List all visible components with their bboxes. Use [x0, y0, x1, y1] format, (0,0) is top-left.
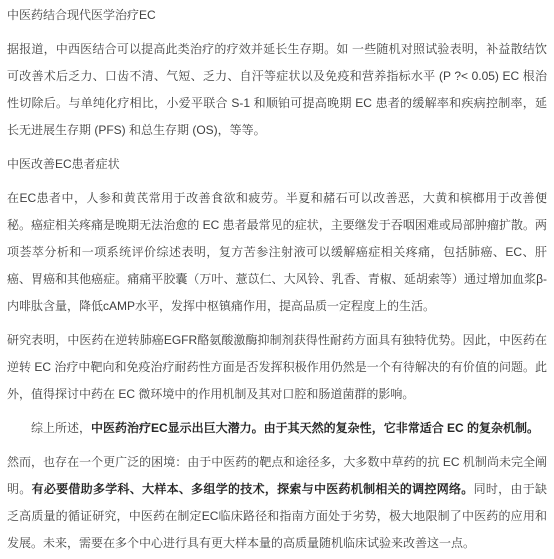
paragraph: 综上所述，中医药治疗EC显示出巨大潜力。由于其天然的复杂性，它非常适合 EC 的… — [7, 415, 547, 442]
section-heading: 中医药结合现代医学治疗EC — [7, 2, 547, 29]
emphasized-text: 中医药治疗EC显示出巨大潜力。由于其天然的复杂性，它非常适合 EC 的复杂机制。 — [91, 421, 539, 435]
emphasized-text: 有必要借助多学科、大样本、多组学的技术，探索与中医药机制相关的调控网络。 — [32, 482, 474, 496]
paragraph: 研究表明，中医药在逆转肺癌EGFR酪氨酸激酶抑制剂获得性耐药方面具有独特优势。因… — [7, 327, 547, 408]
document-body: 中医药结合现代医学治疗EC据报道，中西医结合可以提高此类治疗的疗效并延长生存期。… — [0, 0, 554, 557]
text-run: 中医改善EC患者症状 — [7, 157, 120, 171]
paragraph: 在EC患者中，人参和黄芪常用于改善食欲和疲劳。半夏和赭石可以改善恶，大黄和槟榔用… — [7, 185, 547, 320]
paragraph: 然而，也存在一个更广泛的困境：由于中医药的靶点和途径多，大多数中草药的抗 EC … — [7, 449, 547, 557]
paragraph: 据报道，中西医结合可以提高此类治疗的疗效并延长生存期。如 一些随机对照试验表明，… — [7, 36, 547, 144]
text-run: 在EC患者中，人参和黄芪常用于改善食欲和疲劳。半夏和赭石可以改善恶，大黄和槟榔用… — [7, 191, 547, 313]
section-heading: 中医改善EC患者症状 — [7, 151, 547, 178]
text-run: 中医药结合现代医学治疗EC — [7, 8, 156, 22]
text-run: 据报道，中西医结合可以提高此类治疗的疗效并延长生存期。如 一些随机对照试验表明，… — [7, 42, 547, 137]
text-run: 综上所述， — [31, 421, 91, 435]
document-page: 中医药结合现代医学治疗EC据报道，中西医结合可以提高此类治疗的疗效并延长生存期。… — [0, 0, 554, 557]
text-run: 研究表明，中医药在逆转肺癌EGFR酪氨酸激酶抑制剂获得性耐药方面具有独特优势。因… — [7, 333, 547, 401]
